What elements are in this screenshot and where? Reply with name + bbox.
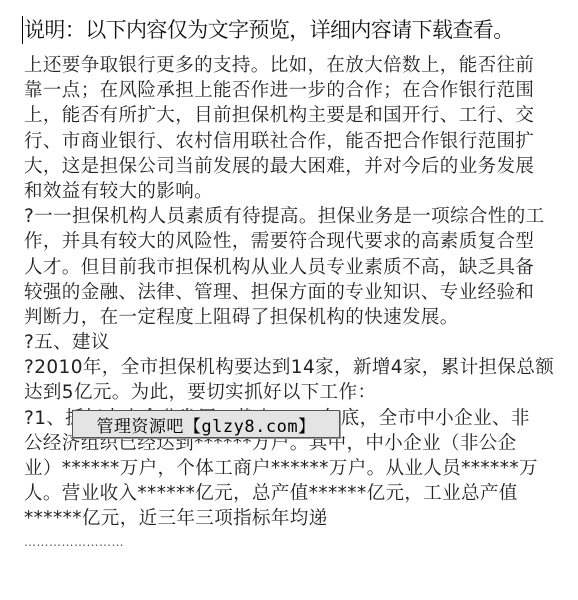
text-cursor — [22, 16, 23, 44]
text-line: 达到5亿元。为此，要切实抓好以下工作： — [24, 380, 564, 405]
text-line: 判断力，在一定程度上阻碍了担保机构的快速发展。 — [24, 305, 564, 330]
text-line: 人。营业收入******亿元，总产值******亿元，工业总产值 — [24, 481, 564, 506]
text-line: 靠一点；在风险承担上能否作进一步的合作；在合作银行范围 — [24, 78, 564, 103]
watermark-banner: 管理资源吧【glzy8.com】 — [72, 410, 340, 438]
text-line: 业）******万户，个体工商户******万户。从业人员******万 — [24, 456, 564, 481]
text-line: 上还要争取银行更多的支持。比如，在放大倍数上，能否往前 — [24, 53, 564, 78]
preview-notice: 说明：以下内容仅为文字预览，详细内容请下载查看。 — [24, 16, 514, 44]
text-line: 和效益有较大的影响。 — [24, 179, 564, 204]
text-line: ******亿元，近三年三项指标年均递 — [24, 506, 564, 531]
text-line: 作，并具有较大的风险性，需要符合现代要求的高素质复合型 — [24, 229, 564, 254]
text-line: 较强的金融、法律、管理、担保方面的专业知识、专业经验和 — [24, 280, 564, 305]
truncation-ellipsis: …………………… — [24, 532, 564, 557]
document-body: 上还要争取银行更多的支持。比如，在放大倍数上，能否往前 靠一点；在风险承担上能否… — [24, 53, 564, 557]
text-line: 上，能否有所扩大，目前担保机构主要是和国开行、工行、交 — [24, 103, 564, 128]
text-line: 大，这是担保公司当前发展的最大困难，并对今后的业务发展 — [24, 154, 564, 179]
text-line: ?一一担保机构人员素质有待提高。担保业务是一项综合性的工 — [24, 204, 564, 229]
section-heading: ?五、建议 — [24, 330, 564, 355]
text-line: 行、市商业银行、农村信用联社合作，能否把合作银行范围扩 — [24, 129, 564, 154]
text-line: 人才。但目前我市担保机构从业人员专业素质不高，缺乏具备 — [24, 255, 564, 280]
text-line: ?2010年，全市担保机构要达到14家，新增4家，累计担保总额 — [24, 355, 564, 380]
